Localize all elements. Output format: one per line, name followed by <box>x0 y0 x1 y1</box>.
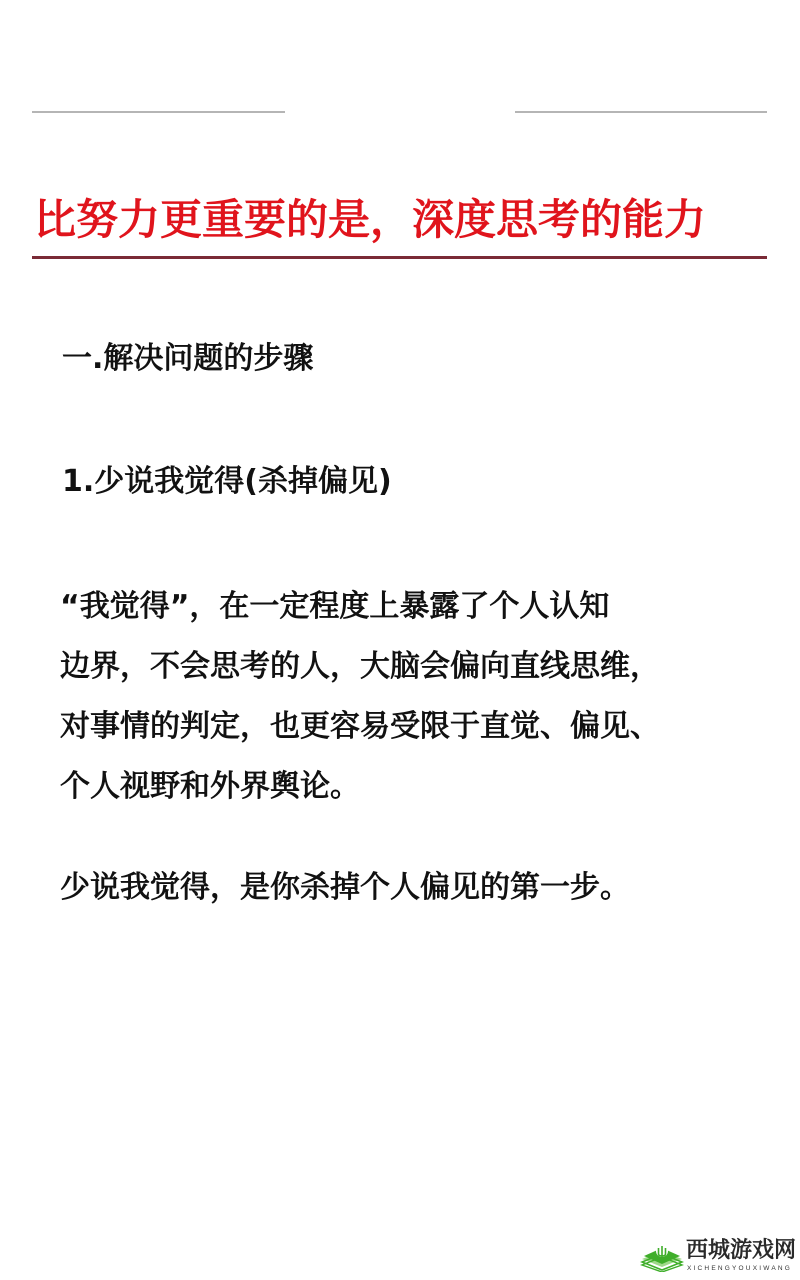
paragraph-line: 对事情的判定，也更容易受限于直觉、偏见、 <box>60 697 740 757</box>
top-rule-right <box>515 111 767 113</box>
step-heading: 1.少说我觉得(杀掉偏见) <box>62 460 392 504</box>
conclusion-text: 少说我觉得，是你杀掉个人偏见的第一步。 <box>60 866 630 910</box>
article-title: 比努力更重要的是，深度思考的能力 <box>34 192 774 248</box>
section-heading: 一.解决问题的步骤 <box>62 337 313 381</box>
green-layered-leaf-logo-icon <box>640 1242 684 1272</box>
watermark-site-name: 西城游戏网 <box>686 1238 796 1264</box>
title-underline <box>32 256 767 259</box>
top-rule-left <box>32 111 285 113</box>
paragraph-line: “我觉得”，在一定程度上暴露了个人认知 <box>60 577 740 637</box>
body-paragraph: “我觉得”，在一定程度上暴露了个人认知 边界，不会思考的人，大脑会偏向直线思维，… <box>60 577 740 817</box>
paragraph-line: 个人视野和外界舆论。 <box>60 757 740 817</box>
watermark-site-pinyin: XICHENGYOUXIWANG <box>687 1265 792 1272</box>
site-watermark: 西城游戏网 XICHENGYOUXIWANG <box>640 1240 800 1276</box>
paragraph-line: 边界，不会思考的人，大脑会偏向直线思维， <box>60 637 740 697</box>
